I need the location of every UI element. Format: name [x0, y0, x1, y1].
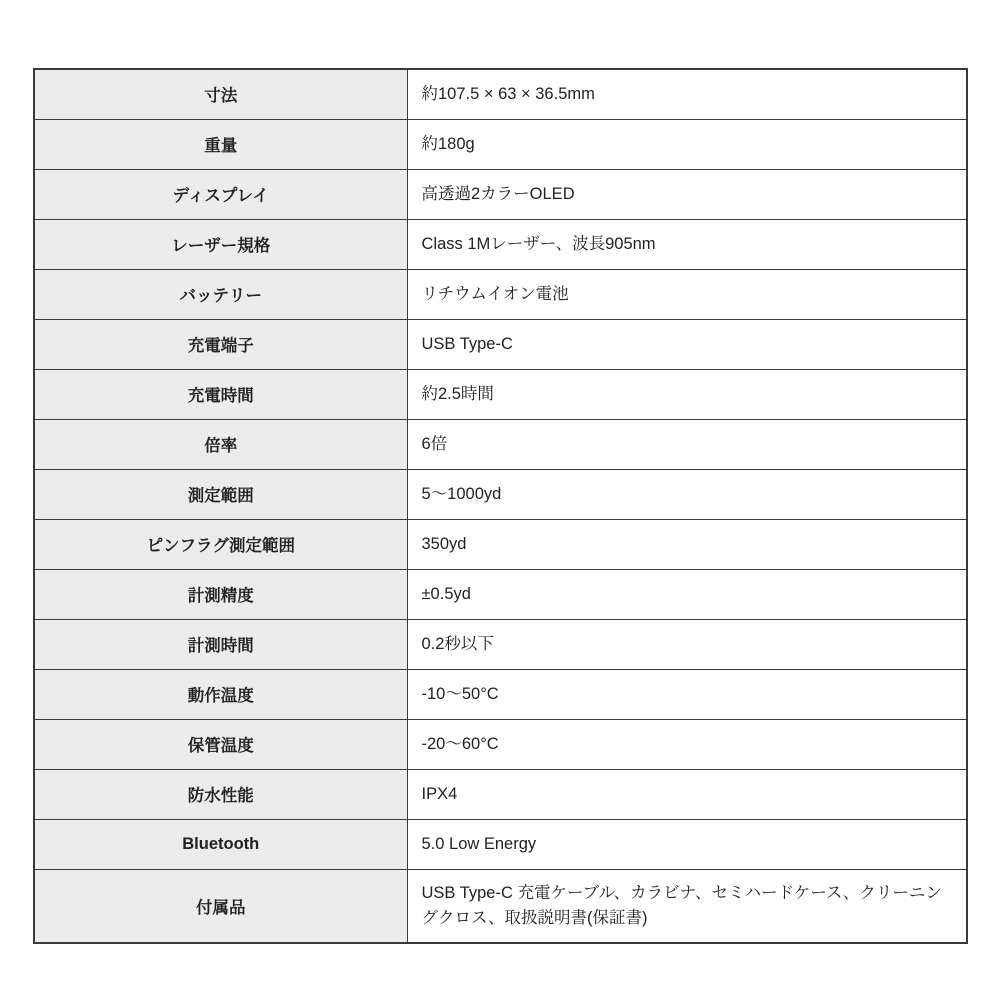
spec-row-laser-standard: レーザー規格 Class 1Mレーザー、波長905nm — [34, 219, 967, 269]
spec-row-display: ディスプレイ 高透過2カラーOLED — [34, 169, 967, 219]
spec-label-magnification: 倍率 — [34, 419, 407, 469]
spec-row-dimensions: 寸法 約107.5 × 63 × 36.5mm — [34, 69, 967, 119]
spec-row-pin-flag-range: ピンフラグ測定範囲 350yd — [34, 519, 967, 569]
spec-label-pin-flag-range: ピンフラグ測定範囲 — [34, 519, 407, 569]
spec-label-storage-temp: 保管温度 — [34, 719, 407, 769]
spec-row-battery: バッテリー リチウムイオン電池 — [34, 269, 967, 319]
spec-label-measurement-time: 計測時間 — [34, 619, 407, 669]
spec-label-accuracy: 計測精度 — [34, 569, 407, 619]
spec-value-operating-temp: -10〜50°C — [407, 669, 967, 719]
spec-row-storage-temp: 保管温度 -20〜60°C — [34, 719, 967, 769]
spec-row-charging-port: 充電端子 USB Type-C — [34, 319, 967, 369]
spec-value-accuracy: ±0.5yd — [407, 569, 967, 619]
spec-value-battery: リチウムイオン電池 — [407, 269, 967, 319]
spec-label-charging-port: 充電端子 — [34, 319, 407, 369]
spec-table: 寸法 約107.5 × 63 × 36.5mm 重量 約180g ディスプレイ … — [33, 68, 968, 944]
spec-label-laser-standard: レーザー規格 — [34, 219, 407, 269]
spec-label-accessories: 付属品 — [34, 869, 407, 943]
spec-value-waterproof: IPX4 — [407, 769, 967, 819]
spec-value-weight: 約180g — [407, 119, 967, 169]
spec-row-waterproof: 防水性能 IPX4 — [34, 769, 967, 819]
spec-value-pin-flag-range: 350yd — [407, 519, 967, 569]
spec-label-display: ディスプレイ — [34, 169, 407, 219]
spec-label-charging-time: 充電時間 — [34, 369, 407, 419]
spec-row-magnification: 倍率 6倍 — [34, 419, 967, 469]
spec-row-bluetooth: Bluetooth 5.0 Low Energy — [34, 819, 967, 869]
spec-value-storage-temp: -20〜60°C — [407, 719, 967, 769]
spec-value-bluetooth: 5.0 Low Energy — [407, 819, 967, 869]
spec-table-body: 寸法 約107.5 × 63 × 36.5mm 重量 約180g ディスプレイ … — [34, 69, 967, 943]
spec-value-measurement-range: 5〜1000yd — [407, 469, 967, 519]
spec-label-battery: バッテリー — [34, 269, 407, 319]
spec-value-laser-standard: Class 1Mレーザー、波長905nm — [407, 219, 967, 269]
spec-label-weight: 重量 — [34, 119, 407, 169]
spec-label-bluetooth: Bluetooth — [34, 819, 407, 869]
spec-value-display: 高透過2カラーOLED — [407, 169, 967, 219]
spec-value-measurement-time: 0.2秒以下 — [407, 619, 967, 669]
spec-value-dimensions: 約107.5 × 63 × 36.5mm — [407, 69, 967, 119]
spec-label-measurement-range: 測定範囲 — [34, 469, 407, 519]
spec-row-accessories: 付属品 USB Type-C 充電ケーブル、カラビナ、セミハードケース、クリーニ… — [34, 869, 967, 943]
spec-value-magnification: 6倍 — [407, 419, 967, 469]
spec-row-operating-temp: 動作温度 -10〜50°C — [34, 669, 967, 719]
spec-row-weight: 重量 約180g — [34, 119, 967, 169]
spec-value-charging-time: 約2.5時間 — [407, 369, 967, 419]
spec-value-charging-port: USB Type-C — [407, 319, 967, 369]
spec-label-waterproof: 防水性能 — [34, 769, 407, 819]
spec-value-accessories: USB Type-C 充電ケーブル、カラビナ、セミハードケース、クリーニングクロ… — [407, 869, 967, 943]
spec-row-charging-time: 充電時間 約2.5時間 — [34, 369, 967, 419]
spec-label-operating-temp: 動作温度 — [34, 669, 407, 719]
spec-row-accuracy: 計測精度 ±0.5yd — [34, 569, 967, 619]
spec-label-dimensions: 寸法 — [34, 69, 407, 119]
spec-row-measurement-time: 計測時間 0.2秒以下 — [34, 619, 967, 669]
spec-row-measurement-range: 測定範囲 5〜1000yd — [34, 469, 967, 519]
